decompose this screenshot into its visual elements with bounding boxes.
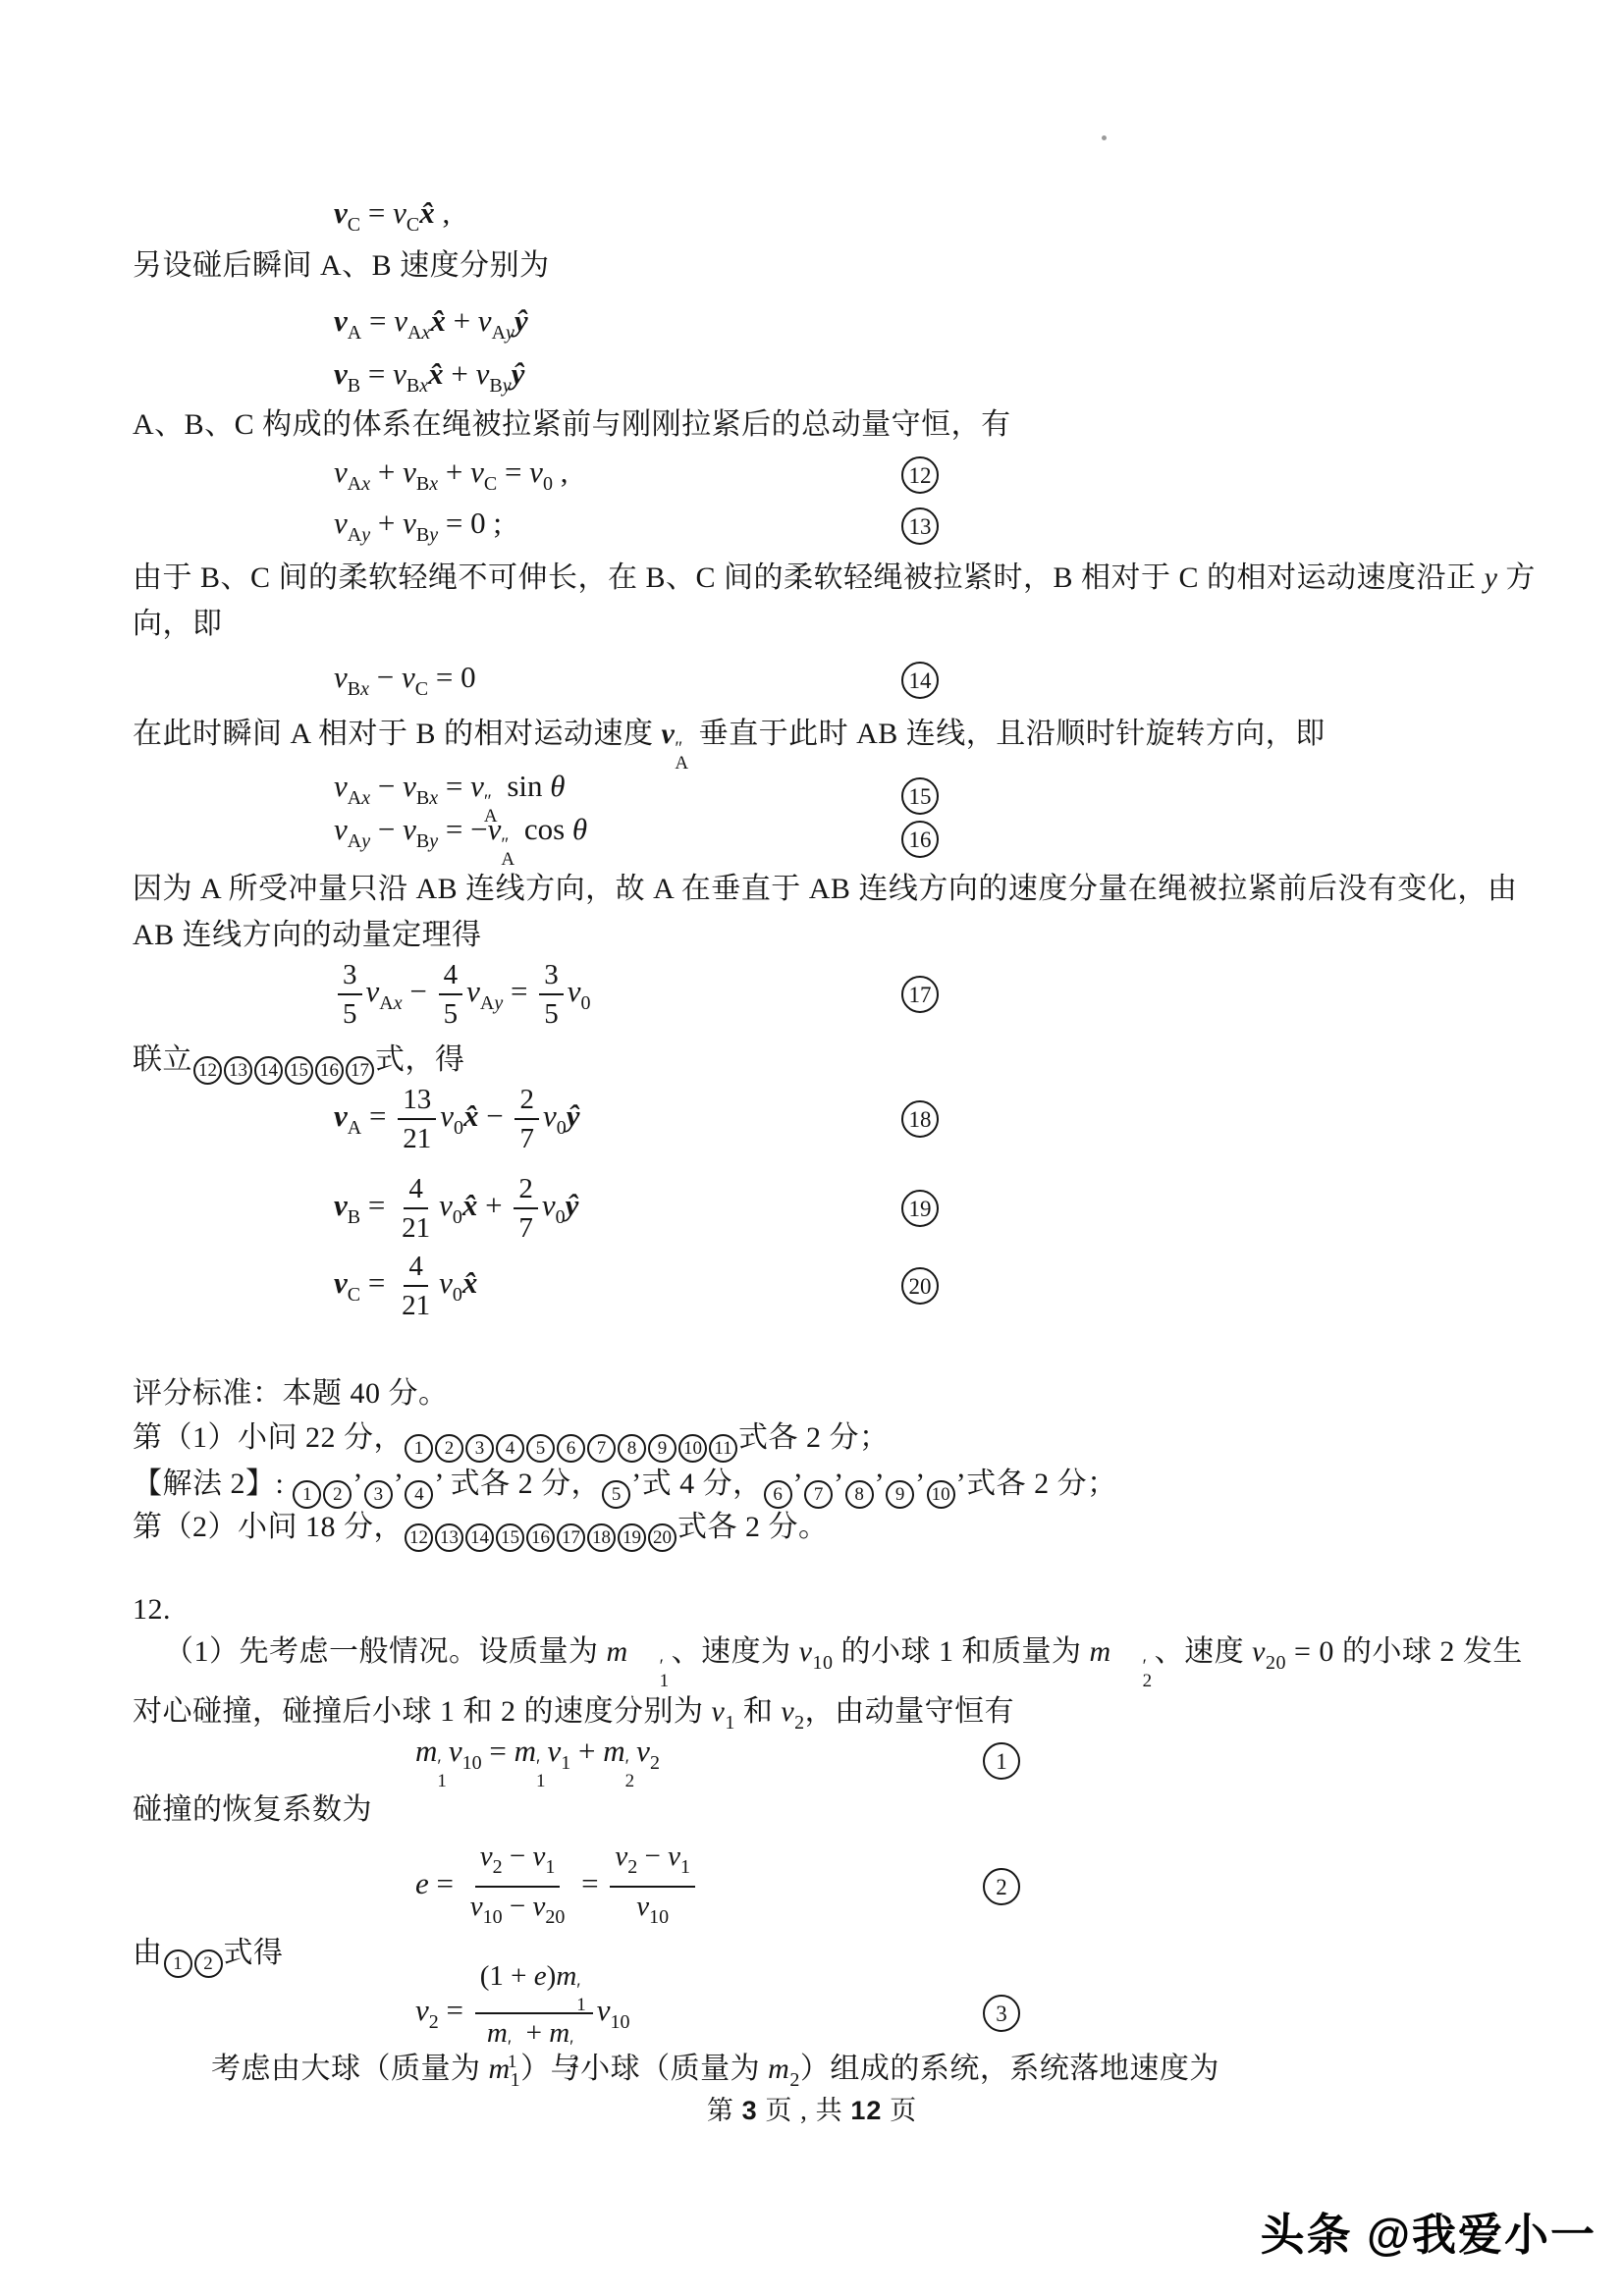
text-run: +	[446, 303, 478, 338]
text-run: 式，得	[375, 1043, 465, 1076]
equation-body: vC = vCx̂ ,	[334, 195, 450, 237]
equation-body: vAy + vBy = 0 ;	[334, 506, 502, 547]
text-run: 第（2）小问 18 分，	[133, 1511, 404, 1543]
circled-equation-number: 20	[648, 1523, 677, 1552]
watermark: 头条 @我爱小一	[1261, 2199, 1597, 2263]
equation-body: vA = 1321v0x̂ − 27v0ŷ	[334, 1081, 579, 1157]
math-token: C	[484, 473, 497, 495]
math-token: A	[407, 322, 421, 344]
text-run: ’	[875, 1468, 886, 1500]
math-token: y	[361, 524, 370, 546]
math-token: 0	[453, 1206, 462, 1228]
text-run: (1 +	[480, 1960, 534, 1992]
text-run: 因为 A 所受冲量只沿 AB 连线方向，故 A 在垂直于 AB 连线方向的速度分…	[133, 873, 1517, 951]
math-token: v	[403, 812, 416, 846]
math-token: x	[394, 992, 403, 1014]
equation-body: vB = 421v0x̂ + 27v0ŷ	[334, 1170, 578, 1247]
math-token: 1	[545, 1856, 555, 1878]
text-run: = −	[438, 812, 487, 846]
math-token: v	[403, 454, 416, 489]
math-token: θ	[550, 769, 565, 803]
p-di1: 第（1）小问 22 分，1234567891011式各 2 分；	[133, 1415, 1536, 1463]
math-token: v	[393, 356, 406, 391]
text-run: +	[477, 1188, 510, 1222]
equation-body: 35vAx − 45vAy = 35v0	[334, 956, 590, 1033]
circled-equation-number: 2	[983, 1868, 1020, 1905]
math-token: 10	[649, 1906, 669, 1928]
circled-equation-number: 9	[648, 1434, 677, 1463]
equation-body: vBx − vC = 0	[334, 660, 476, 701]
math-token: B	[416, 830, 429, 852]
text-run: cos	[516, 812, 572, 846]
fraction: 27	[514, 1081, 539, 1157]
superscript: ′	[1111, 1659, 1148, 1674]
fraction: v2 − v1v10	[610, 1838, 695, 1936]
math-token: v	[334, 454, 348, 489]
circled-equation-number: 2	[435, 1434, 463, 1463]
math-token: v	[334, 1188, 348, 1222]
math-token: v	[334, 506, 348, 540]
circled-equation-number: 20	[901, 1267, 939, 1305]
circled-equation-number: 16	[901, 821, 939, 858]
math-token: B	[406, 375, 419, 397]
math-token: y	[429, 830, 438, 852]
text-run: 、速度为	[672, 1635, 799, 1668]
math-token: x	[360, 678, 369, 700]
math-token: m	[549, 2017, 569, 2049]
math-token: m	[768, 2053, 789, 2085]
fraction-numerator: 4	[404, 1170, 428, 1209]
text-run: +	[444, 356, 476, 391]
circled-equation-number: 1	[983, 1742, 1020, 1780]
p-pingfen: 评分标准：本题 40 分。	[133, 1370, 1536, 1416]
math-token: v	[488, 812, 502, 846]
math-token: B	[489, 375, 502, 397]
superscript-subscript-stack: ′1	[536, 1759, 546, 1789]
math-token: v	[366, 974, 380, 1008]
math-token: 2	[627, 1856, 637, 1878]
math-token: 10	[813, 1652, 834, 1674]
fraction: 35	[338, 956, 362, 1033]
math-token: v	[415, 1993, 429, 2027]
math-token: v	[403, 769, 416, 803]
math-token: B	[348, 1206, 360, 1228]
fraction: 45	[439, 956, 463, 1033]
scan-artifact-dot	[1102, 135, 1107, 140]
circled-equation-number: 7	[587, 1434, 616, 1463]
math-token: 1	[561, 1752, 570, 1774]
text-run: =	[439, 1993, 471, 2027]
math-token: x̂	[419, 195, 435, 230]
text-run: ，由动量守恒有	[805, 1695, 1015, 1728]
text-run: +	[370, 506, 403, 540]
math-token: m	[487, 2017, 508, 2049]
text-run: 式各 2 分。	[677, 1511, 829, 1543]
circled-equation-number: 12	[405, 1523, 433, 1552]
text-run: ’式 4 分，	[631, 1468, 763, 1500]
text-run: 第	[707, 2096, 742, 2125]
text-run: =	[497, 454, 529, 489]
math-token: A	[348, 322, 361, 344]
math-token: 10	[611, 2011, 630, 2033]
math-token: v	[478, 303, 492, 338]
subscript: 1	[628, 1674, 670, 1688]
superscript-subscript-stack: ′2	[1111, 1659, 1153, 1688]
math-token: B	[416, 473, 429, 495]
text-run: 12	[850, 2096, 882, 2125]
text-run: +	[438, 454, 470, 489]
equation-body: vA = vAxx̂ + vAyŷ	[334, 303, 528, 345]
circled-equation-number: 5	[526, 1434, 555, 1463]
math-token: v	[393, 195, 406, 230]
math-token: x	[429, 473, 438, 495]
text-run: （1）先考虑一般情况。设质量为	[164, 1635, 607, 1668]
equation-body: vAy − vBy = −v″A cos θ	[334, 812, 587, 867]
math-token: A	[348, 1117, 361, 1139]
eq-17: 35vAx − 45vAy = 35v017	[133, 956, 1536, 1033]
math-token: v	[712, 1695, 726, 1728]
eq-vb: vB = vBxx̂ + vByŷ	[133, 353, 1536, 400]
circled-equation-number: 11	[709, 1434, 737, 1463]
fraction: 35	[539, 956, 564, 1033]
text-run: +	[570, 1734, 603, 1768]
math-token: v	[402, 660, 415, 694]
circled-equation-number: 19	[901, 1190, 939, 1227]
subscript: A	[501, 852, 514, 867]
text-run: ’	[394, 1468, 405, 1500]
math-token: C	[348, 214, 360, 236]
fraction-numerator: 13	[398, 1081, 436, 1120]
math-token: v	[668, 1841, 680, 1872]
math-token: C	[348, 1284, 360, 1306]
text-run: ’	[915, 1468, 926, 1500]
math-token: A	[348, 787, 361, 809]
math-token: 0	[556, 1206, 566, 1228]
math-token: v	[636, 1891, 649, 1922]
math-token: 10	[483, 1906, 503, 1928]
math-token: m	[607, 1635, 628, 1668]
circled-equation-number: 15	[901, 777, 939, 815]
math-token: v	[662, 718, 676, 750]
circled-equation-number: 10	[678, 1434, 707, 1463]
text-run: 碰撞的恢复系数为	[133, 1793, 372, 1826]
circled-equation-number: 19	[618, 1523, 646, 1552]
circled-equation-number: 16	[526, 1523, 555, 1552]
math-token: v	[476, 356, 490, 391]
circled-equation-number: 17	[557, 1523, 585, 1552]
fraction-numerator: 4	[439, 956, 463, 995]
fraction-numerator: 2	[514, 1170, 538, 1209]
math-token: 2	[650, 1752, 660, 1774]
eq-p1: m′1v10 = m′1v1 + m′2v21	[133, 1734, 1536, 1789]
math-token: C	[406, 214, 419, 236]
text-run: sin	[500, 769, 551, 803]
math-token: v	[568, 974, 581, 1008]
text-run: 垂直于此时 AB 连线，且沿顺时针旋转方向，即	[691, 718, 1326, 750]
math-token: e	[534, 1960, 547, 1992]
p-youyu: 由于 B、C 间的柔软轻绳不可伸长，在 B、C 间的柔软轻绳被拉紧时，B 相对于…	[133, 555, 1536, 647]
text-run: 【解法 2】:	[133, 1468, 292, 1500]
circled-equation-number: 13	[901, 507, 939, 545]
math-token: x̂	[463, 1098, 479, 1133]
subscript: 2	[1111, 1674, 1153, 1688]
circled-equation-number: 4	[496, 1434, 524, 1463]
fraction-numerator: 3	[338, 956, 362, 995]
math-token: y	[503, 375, 512, 397]
math-token: A	[348, 473, 361, 495]
text-run: 另设碰后瞬间 A、B 速度分别为	[133, 249, 550, 282]
equation-body: vC = 421v0x̂	[334, 1248, 477, 1324]
circled-equation-number: 17	[901, 976, 939, 1013]
math-token: 2	[493, 1856, 503, 1878]
text-run: 由于 B、C 间的柔软轻绳不可伸长，在 B、C 间的柔软轻绳被拉紧时，B 相对于…	[133, 561, 1485, 594]
math-token: 0	[453, 1284, 462, 1306]
math-token: v	[334, 356, 348, 391]
text-run: 的小球 1 和质量为	[834, 1635, 1090, 1668]
fraction-denominator: v10 − v20	[465, 1888, 570, 1936]
text-run: ）组成的系统，系统落地速度为	[800, 2053, 1219, 2085]
math-token: ŷ	[567, 1098, 580, 1133]
text-run: 页	[882, 2096, 917, 2125]
fraction-denominator: 7	[514, 1209, 538, 1247]
fraction-denominator: v10	[631, 1888, 674, 1936]
text-run: ）与小球（质量为	[520, 2053, 768, 2085]
math-token: e	[415, 1866, 429, 1900]
math-token: x	[361, 473, 370, 495]
equation-body: m′1v10 = m′1v1 + m′2v2	[415, 1734, 660, 1789]
text-run: 在此时瞬间 A 相对于 B 的相对运动速度	[133, 718, 662, 750]
math-token: A	[348, 524, 361, 546]
text-run: −	[370, 769, 403, 803]
text-run: −	[503, 1891, 533, 1922]
math-token: m	[1090, 1635, 1111, 1668]
eq-13: vAy + vBy = 0 ;13	[133, 503, 1536, 550]
p-lingshe: 另设碰后瞬间 A、B 速度分别为	[133, 242, 1536, 289]
text-run: =	[429, 1866, 461, 1900]
text-run: ’式各 2 分；	[956, 1468, 1117, 1500]
math-token: y	[361, 830, 370, 852]
math-token: v	[1252, 1635, 1266, 1668]
p-huifu: 碰撞的恢复系数为	[133, 1787, 1536, 1833]
text-run: −	[637, 1841, 668, 1872]
math-token: v	[334, 812, 348, 846]
text-run: 式各 2 分；	[738, 1421, 890, 1454]
math-token: A	[492, 322, 506, 344]
fraction-denominator: 7	[514, 1120, 539, 1157]
p-lianli: 联立121314151617式，得	[133, 1037, 1536, 1085]
math-token: v	[440, 1098, 454, 1133]
math-token: v	[439, 1188, 453, 1222]
math-token: v	[636, 1734, 650, 1768]
math-token: ŷ	[514, 303, 528, 338]
eq-p2: e = v2 − v1v10 − v20 = v2 − v1v102	[133, 1838, 1536, 1936]
text-run: ’	[834, 1468, 844, 1500]
superscript-subscript-stack: ′2	[625, 1759, 635, 1789]
text-run: )	[547, 1960, 557, 1992]
text-run: −	[478, 1098, 511, 1133]
text-run: A、B、C 构成的体系在绳被拉紧前与刚刚拉紧后的总动量守恒，有	[133, 408, 1011, 441]
eq-va: vA = vAxx̂ + vAyŷ	[133, 300, 1536, 347]
math-token: x	[429, 787, 438, 809]
text-run: +	[518, 2017, 549, 2049]
text-run: −	[370, 812, 403, 846]
math-token: v	[542, 1188, 556, 1222]
math-token: x	[421, 322, 430, 344]
text-run: =	[360, 1188, 393, 1222]
math-token: m	[603, 1734, 624, 1768]
eq-19: vB = 421v0x̂ + 27v0ŷ19	[133, 1170, 1536, 1247]
fraction-denominator: 5	[539, 995, 564, 1033]
math-token: v	[543, 1098, 557, 1133]
fraction: 27	[514, 1170, 538, 1247]
math-token: 10	[462, 1752, 482, 1774]
superscript-subscript-stack: ′1	[628, 1659, 670, 1688]
math-token: v	[334, 303, 348, 338]
text-run: −	[403, 974, 435, 1008]
math-token: m	[556, 1960, 576, 1992]
equation-body: vAx + vBx + vC = v0 ,	[334, 454, 568, 496]
math-token: v	[470, 769, 484, 803]
math-token: x	[361, 787, 370, 809]
math-token: v	[394, 303, 407, 338]
equation-body: e = v2 − v1v10 − v20 = v2 − v1v10	[415, 1838, 699, 1936]
circled-equation-number: 14	[465, 1523, 494, 1552]
circled-equation-number: 18	[901, 1100, 939, 1138]
math-token: 2	[794, 1712, 805, 1734]
math-token: 1	[511, 2069, 521, 2091]
math-token: x̂	[462, 1265, 478, 1300]
math-token: ŷ	[512, 356, 525, 391]
text-run: =	[361, 303, 394, 338]
text-run: 页 , 共	[758, 2096, 851, 2125]
superscript-subscript-stack: ′1	[576, 1983, 586, 2012]
circled-equation-number: 3	[465, 1434, 494, 1463]
eq-12: vAx + vBx + vC = v0 ,12	[133, 452, 1536, 499]
math-token: m	[514, 1734, 536, 1768]
circled-equation-number: 13	[435, 1523, 463, 1552]
math-token: v	[470, 1891, 483, 1922]
math-token: v	[470, 454, 484, 489]
text-run: =	[573, 1866, 606, 1900]
math-token: B	[348, 375, 360, 397]
text-run: ’ 式各 2 分，	[434, 1468, 601, 1500]
circled-equation-number: 12	[901, 456, 939, 494]
math-token: v	[480, 1841, 493, 1872]
text-run: 3	[742, 2096, 758, 2125]
document-page: vC = vCx̂ ,另设碰后瞬间 A、B 速度分别为vA = vAxx̂ + …	[0, 0, 1624, 2296]
fraction-numerator: v2 − v1	[610, 1838, 695, 1888]
circled-equation-number: 8	[618, 1434, 646, 1463]
text-run: =	[503, 974, 535, 1008]
fraction-denominator: 5	[338, 995, 362, 1033]
p-12: 12.	[133, 1586, 1536, 1632]
text-run: 和	[735, 1695, 782, 1728]
math-token: x̂	[428, 356, 444, 391]
text-run: 12.	[133, 1593, 171, 1626]
math-token: v	[334, 769, 348, 803]
math-token: x̂	[430, 303, 446, 338]
eq-14: vBx − vC = 014	[133, 657, 1536, 704]
text-run: =	[482, 1734, 514, 1768]
fraction-numerator: 2	[514, 1081, 539, 1120]
fraction-numerator: v2 − v1	[475, 1838, 561, 1888]
fraction-numerator: 4	[404, 1248, 428, 1287]
text-run: =	[360, 356, 393, 391]
superscript-subscript-stack: ″A	[675, 741, 688, 771]
p-abc: A、B、C 构成的体系在绳被拉紧前与刚刚拉紧后的总动量守恒，有	[133, 401, 1536, 448]
text-run: 联立	[133, 1043, 192, 1076]
math-token: 1	[680, 1856, 690, 1878]
p-yinwei: 因为 A 所受冲量只沿 AB 连线方向，故 A 在垂直于 AB 连线方向的速度分…	[133, 866, 1536, 958]
text-run: = 0 ;	[438, 506, 502, 540]
math-token: v	[615, 1841, 627, 1872]
circled-equation-number: 6	[557, 1434, 585, 1463]
math-token: x	[419, 375, 428, 397]
eq-18: vA = 1321v0x̂ − 27v0ŷ18	[133, 1081, 1536, 1157]
circled-equation-number: 14	[901, 662, 939, 699]
math-token: 0	[580, 992, 590, 1014]
math-token: m	[489, 2053, 511, 2085]
text-run: −	[369, 660, 402, 694]
math-token: v	[449, 1734, 462, 1768]
circled-equation-number: 15	[496, 1523, 524, 1552]
math-token: y	[1485, 561, 1498, 594]
math-token: v	[532, 1841, 545, 1872]
text-run: ’	[352, 1468, 363, 1500]
text-run: =	[438, 769, 470, 803]
math-token: y	[506, 322, 514, 344]
math-token: v	[548, 1734, 562, 1768]
superscript-subscript-stack: ″A	[501, 837, 514, 867]
equation-body: vB = vBxx̂ + vByŷ	[334, 356, 524, 398]
math-token: θ	[572, 812, 587, 846]
text-run: ,	[553, 454, 568, 489]
fraction-numerator: 3	[539, 956, 564, 995]
circled-equation-number: 18	[587, 1523, 616, 1552]
math-token: v	[334, 1265, 348, 1300]
math-token: 2	[789, 2069, 800, 2091]
math-token: 0	[454, 1117, 463, 1139]
fraction-denominator: 5	[439, 995, 463, 1033]
text-run: −	[503, 1841, 533, 1872]
fraction-denominator: 21	[397, 1287, 435, 1324]
math-token: A	[480, 992, 494, 1014]
text-run: =	[361, 1098, 394, 1133]
fraction-denominator: 21	[397, 1209, 435, 1247]
document-content: vC = vCx̂ ,另设碰后瞬间 A、B 速度分别为vA = vAxx̂ + …	[133, 0, 1536, 2296]
math-token: A	[379, 992, 393, 1014]
p-jiefa2: 【解法 2】: 12’3’4’ 式各 2 分，5’式 4 分，6’7’8’9’1…	[133, 1461, 1536, 1509]
superscript-subscript-stack: ′1	[437, 1759, 447, 1789]
eq-16: vAy − vBy = −v″A cos θ16	[133, 812, 1536, 867]
subscript: 1	[576, 1998, 586, 2012]
math-token: C	[415, 678, 428, 700]
math-token: x̂	[462, 1188, 478, 1222]
math-token: v	[334, 1098, 348, 1133]
p-di2: 第（2）小问 18 分，121314151617181920式各 2 分。	[133, 1504, 1536, 1552]
math-token: ŷ	[566, 1188, 579, 1222]
math-token: 0	[557, 1117, 567, 1139]
math-token: v	[466, 974, 480, 1008]
circled-equation-number: 3	[983, 1995, 1020, 2032]
math-token: v	[799, 1635, 813, 1668]
math-token: v	[439, 1265, 453, 1300]
text-run: ,	[435, 195, 451, 230]
text-run: 第（1）小问 22 分，	[133, 1421, 404, 1454]
fraction: v2 − v1v10 − v20	[465, 1838, 570, 1936]
math-token: v	[334, 660, 348, 694]
superscript: ′	[628, 1659, 665, 1674]
